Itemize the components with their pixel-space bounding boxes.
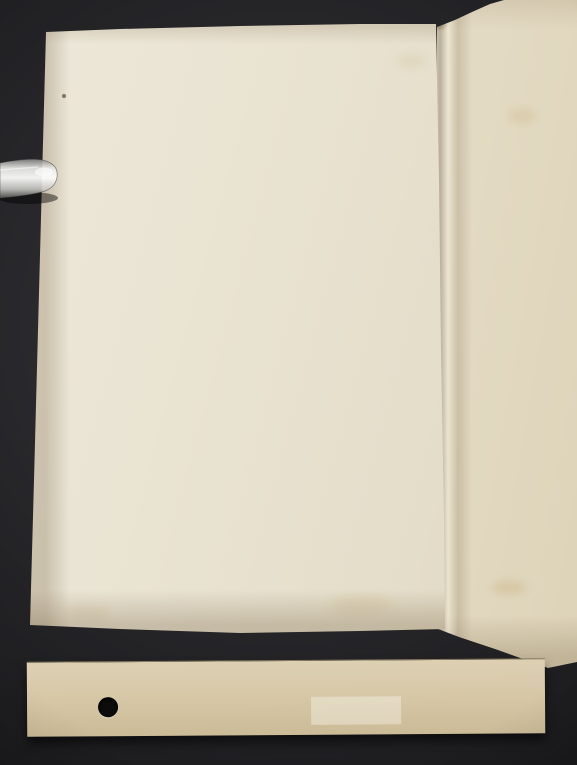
barcode-bars [311,696,401,714]
stain [66,606,108,620]
ruler-hole [98,697,118,717]
clip-body [0,159,57,198]
barcode [311,696,401,725]
page-weight-clip [0,150,70,210]
speck [62,94,66,98]
stain [330,596,392,616]
ruler-model-label [422,712,496,713]
ruler [27,658,546,737]
clip-highlight [35,168,53,177]
stain [508,108,536,124]
stain [492,580,526,595]
illuminated-initial-p [445,125,505,201]
manuscript-photo [0,0,577,765]
stain [396,54,426,68]
ruler-brand-label [409,696,509,697]
